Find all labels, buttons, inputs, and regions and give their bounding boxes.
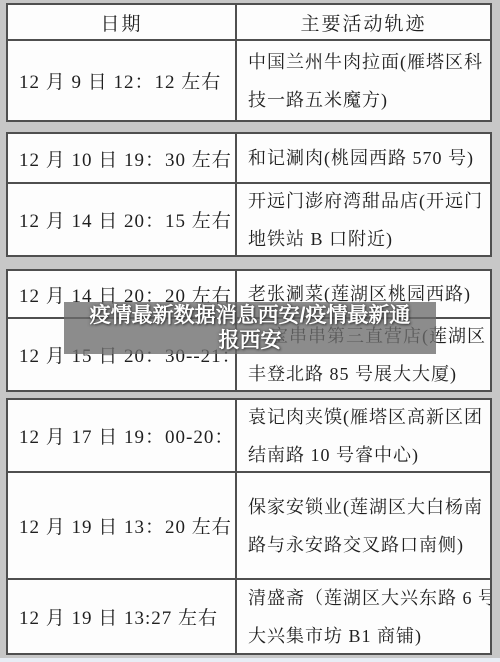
- activity-cell: 袁记肉夹馍(雁塔区高新区团 结南路 10 号睿中心): [237, 400, 490, 471]
- table-header-row: 日期 主要活动轨迹: [8, 5, 490, 39]
- date-cell: 12 月 9 日 12：12 左右: [8, 41, 237, 120]
- table-section-4: 12 月 17 日 19：00-20：03 袁记肉夹馍(雁塔区高新区团 结南路 …: [6, 398, 492, 655]
- table-row: 12 月 10 日 19：30 左右 和记涮肉(桃园西路 570 号): [8, 134, 490, 182]
- activity-line: 路与永安路交叉路口南侧): [248, 526, 484, 564]
- table-row: 12 月 17 日 19：00-20：03 袁记肉夹馍(雁塔区高新区团 结南路 …: [8, 400, 490, 471]
- activity-line: 清盛斋（莲湖区大兴东路 6 号: [248, 580, 484, 617]
- watermark-text-line2: 报西安: [64, 328, 436, 353]
- activity-line: 丰登北路 85 号展大大厦): [248, 355, 484, 391]
- date-cell: 12 月 19 日 13：20 左右: [8, 473, 237, 578]
- activity-line: 大兴集市坊 B1 商铺): [248, 617, 484, 654]
- date-cell: 12 月 19 日 13:27 左右: [8, 580, 237, 653]
- watermark-overlay: 疫情最新数据消息西安/疫情最新通 报西安: [64, 302, 436, 354]
- date-cell: 12 月 14 日 20：15 左右: [8, 184, 237, 255]
- table-section-2: 12 月 10 日 19：30 左右 和记涮肉(桃园西路 570 号) 12 月…: [6, 132, 492, 257]
- activity-line: 保家安锁业(莲湖区大白杨南: [248, 488, 484, 526]
- activity-cell: 中国兰州牛肉拉面(雁塔区科 技一路五米魔方): [237, 41, 490, 120]
- activity-line: 袁记肉夹馍(雁塔区高新区团: [248, 400, 484, 436]
- activity-line: 中国兰州牛肉拉面(雁塔区科: [248, 43, 484, 81]
- activity-cell: 清盛斋（莲湖区大兴东路 6 号 大兴集市坊 B1 商铺): [237, 580, 490, 653]
- activity-cell: 保家安锁业(莲湖区大白杨南 路与永安路交叉路口南侧): [237, 473, 490, 578]
- column-header-date: 日期: [8, 5, 237, 39]
- column-header-activity: 主要活动轨迹: [237, 5, 490, 39]
- page: 日期 主要活动轨迹 12 月 9 日 12：12 左右 中国兰州牛肉拉面(雁塔区…: [0, 0, 500, 662]
- table-section-1: 日期 主要活动轨迹 12 月 9 日 12：12 左右 中国兰州牛肉拉面(雁塔区…: [6, 3, 492, 122]
- table-row: 12 月 19 日 13：20 左右 保家安锁业(莲湖区大白杨南 路与永安路交叉…: [8, 471, 490, 578]
- activity-line: 地铁站 B 口附近): [248, 220, 484, 256]
- table-row: 12 月 14 日 20：15 左右 开远门澎府湾甜品店(开远门 地铁站 B 口…: [8, 182, 490, 255]
- activity-line: 和记涮肉(桃园西路 570 号): [248, 139, 484, 177]
- activity-line: 结南路 10 号睿中心): [248, 436, 484, 472]
- activity-line: 技一路五米魔方): [248, 81, 484, 119]
- activity-cell: 和记涮肉(桃园西路 570 号): [237, 134, 490, 182]
- watermark-text-line1: 疫情最新数据消息西安/疫情最新通: [64, 303, 436, 328]
- activity-line: 开远门澎府湾甜品店(开远门: [248, 184, 484, 220]
- bottom-strip: [0, 658, 500, 662]
- table-row: 12 月 19 日 13:27 左右 清盛斋（莲湖区大兴东路 6 号 大兴集市坊…: [8, 578, 490, 653]
- table-row: 12 月 9 日 12：12 左右 中国兰州牛肉拉面(雁塔区科 技一路五米魔方): [8, 39, 490, 120]
- activity-cell: 开远门澎府湾甜品店(开远门 地铁站 B 口附近): [237, 184, 490, 255]
- date-cell: 12 月 10 日 19：30 左右: [8, 134, 237, 182]
- date-cell: 12 月 17 日 19：00-20：03: [8, 400, 237, 471]
